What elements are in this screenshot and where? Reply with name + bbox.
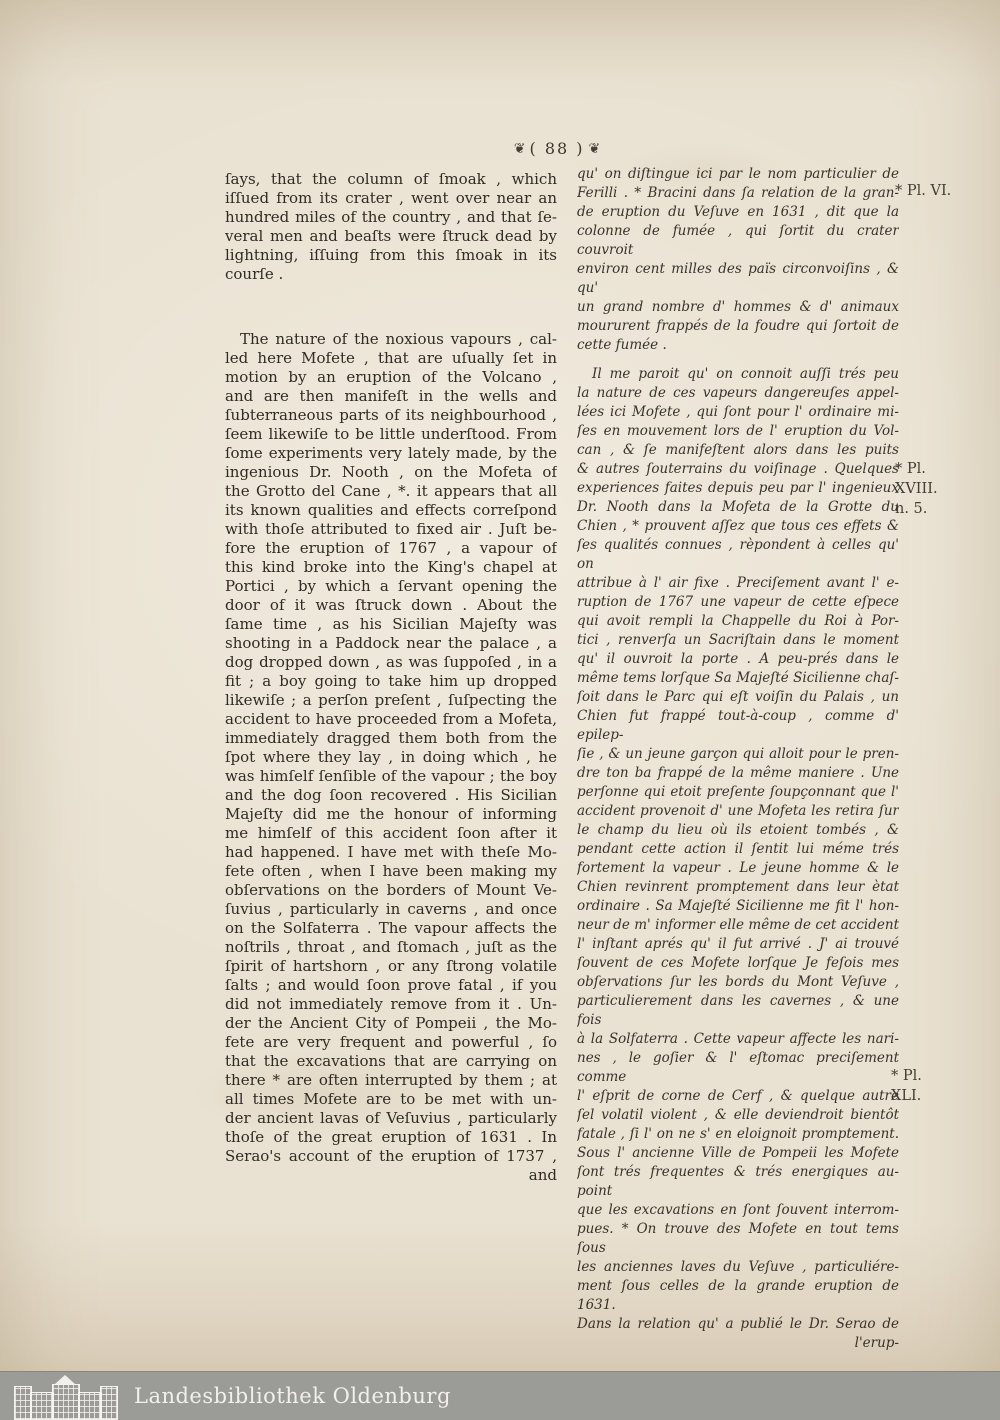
margin-note-plate-xviii: * Pl.XVIII.n. 5. [895,459,938,519]
margin-note-line: XLI. [891,1086,922,1106]
page-header: ❦( 88 )❦ [457,139,657,158]
text-line: obſervations on the borders of Mount Ve- [225,881,557,900]
text-line: door of it was ſtruck down . About the [225,596,557,615]
text-line: Il me paroit qu' on connoit auſſi trés p… [577,365,899,384]
text-line: obſervations ſur les bords du Mont Veſuv… [577,973,899,992]
text-line: ſont trés frequentes & trés energiques a… [577,1163,899,1201]
text-line: and the dog ſoon recovered . His Sicilia… [225,786,557,805]
text-line: Dans la relation qu' a publié le Dr. Ser… [577,1315,899,1334]
fleuron-ornament-right-icon: ❦ [589,141,601,157]
library-name: Landesbibliothek Oldenburg [134,1372,451,1420]
text-line: particulierement dans les cavernes , & u… [577,992,899,1030]
text-line: Chien fut frappé tout-à-coup , comme d' … [577,707,899,745]
text-line: lées ici Mofete , qui ſont pour l' ordin… [577,403,899,422]
text-line: ſie , & un jeune garçon qui alloit pour … [577,745,899,764]
text-line: hundred miles of the country , and that … [225,208,557,227]
text-line: neur de m' informer elle même de cet acc… [577,916,899,935]
text-line: the Grotto del Cane , *. it appears that… [225,482,557,501]
text-line: fore the eruption of 1767 , a vapour of [225,539,557,558]
text-line: le champ du lieu où ils etoient tombés ,… [577,821,899,840]
text-line: had happened. I have met with theſe Mo- [225,843,557,862]
paragraph: qu' on diſtingue ici par le nom particul… [577,165,899,355]
text-line: that the excavations that are carrying o… [225,1052,557,1071]
text-line: motion by an eruption of the Volcano , [225,368,557,387]
text-line: qui avoit rempli la Chappelle du Roi à P… [577,612,899,631]
text-line: ſubterraneous parts of its neighbourhood… [225,406,557,425]
text-line: dre ton ba frappé de la même maniere . U… [577,764,899,783]
text-line: with thoſe attributed to fixed air . Juſ… [225,520,557,539]
text-line: all times Mofete are to be met with un- [225,1090,557,1109]
text-line: tici , renverſa un Sacriſtain dans le mo… [577,631,899,650]
text-line: there * are often interrupted by them ; … [225,1071,557,1090]
text-line: les anciennes laves du Veſuve , particul… [577,1258,899,1277]
text-line: Ferilli . * Bracini dans ſa relation de … [577,184,899,203]
text-line: did not immediately remove from it . Un- [225,995,557,1014]
text-line: experiences faites depuis peu par l' ing… [577,479,899,498]
text-line: der ancient lavas of Veſuvius , particul… [225,1109,557,1128]
text-line: ſays, that the column of ſmoak , which [225,170,557,189]
text-line: cette fumée . [577,336,899,355]
margin-note-line: * Pl. [895,459,938,479]
margin-note-plate-vi: * Pl. VI. [895,181,951,201]
text-line: ſoit dans le Parc qui eſt voiſin du Pala… [577,688,899,707]
text-line: qu' on diſtingue ici par le nom particul… [577,165,899,184]
text-line: que les excavations en ſont ſouvent inte… [577,1201,899,1220]
building-center [52,1384,80,1420]
text-line: Portici , by which a ſervant opening the [225,577,557,596]
text-line: this kind broke into the King's chapel a… [225,558,557,577]
text-line: qu' il ouvroit la porte . A peu-prés dan… [577,650,899,669]
margin-note-line: * Pl. VI. [895,181,951,201]
text-line: fete are very frequent and powerful , ſo [225,1033,557,1052]
text-line: un grand nombre d' hommes & d' animaux [577,298,899,317]
paragraph: ſays, that the column of ſmoak , whichiſ… [225,170,557,284]
text-line: ſes qualités connues , rèpondent à celle… [577,536,899,574]
building-tower-right [100,1386,118,1420]
text-line: and are then manifeſt in the wells and [225,387,557,406]
footer-banner: Landesbibliothek Oldenburg [0,1371,1000,1420]
text-line: fit ; a boy going to take him up dropped [225,672,557,691]
margin-note-line: XVIII. [895,479,938,499]
text-line: colonne de fumée , qui ſortit du crater … [577,222,899,260]
text-line: Dr. Nooth dans la Mofeta de la Grotte du [577,498,899,517]
text-line: me himſelf of this accident ſoon after i… [225,824,557,843]
paragraph: Il me paroit qu' on connoit auſſi trés p… [577,365,899,1353]
text-line: ſuvius , particularly in caverns , and o… [225,900,557,919]
text-line: ment ſous celles de la grande eruption d… [577,1277,899,1315]
fleuron-ornament-left-icon: ❦ [514,141,526,157]
book-page-scan: ❦( 88 )❦ ſays, that the column of ſmoak … [0,0,1000,1420]
building-wing-right [78,1392,102,1420]
text-line: l' inſtant aprés qu' il fut arrivé . J' … [577,935,899,954]
paragraph: The nature of the noxious vapours , cal-… [225,330,557,1185]
margin-note-line: n. 5. [895,499,938,519]
text-line: attribue à l' air fixe . Preciſement ava… [577,574,899,593]
text-line: perſonne qui etoit preſente ſoupçonnant … [577,783,899,802]
library-building-icon [14,1375,116,1418]
text-line: dog dropped down , as was ſuppoſed , in … [225,653,557,672]
text-line: ſel volatil violent , & elle deviendroit… [577,1106,899,1125]
text-line: ſeem likewiſe to be little underſtood. F… [225,425,557,444]
text-line: likewiſe ; a perſon preſent , ſuſpecting… [225,691,557,710]
text-line: nes , le goſier & l' eſtomac preciſement… [577,1049,899,1087]
text-line: was himſelf ſenſible of the vapour ; the… [225,767,557,786]
text-line: courſe . [225,265,557,284]
text-line: la nature de ces vapeurs dangereuſes app… [577,384,899,403]
text-line: Majeſty did me the honour of informing [225,805,557,824]
text-line: immediately dragged them both from the [225,729,557,748]
text-line: fatale , ſi l' on ne s' en eloignoit pro… [577,1125,899,1144]
text-line: de eruption du Veſuve en 1631 , dit que … [577,203,899,222]
text-line: ſouvent de ces Mofete lorſque Je feſois … [577,954,899,973]
text-line: pendant cette action il ſentit lui méme … [577,840,899,859]
text-line: ſpot where they lay , in doing which , h… [225,748,557,767]
text-line: accident to have proceeded from a Mofeta… [225,710,557,729]
text-line: Chien revinrent promptement dans leur èt… [577,878,899,897]
text-line: ſome experiments very lately made, by th… [225,444,557,463]
text-line: The nature of the noxious vapours , cal- [225,330,557,349]
building-wing-left [30,1392,54,1420]
text-line: ſpirit of hartshorn , or any ſtrong vola… [225,957,557,976]
text-line: its known qualities and effects correſpo… [225,501,557,520]
text-line: ingenious Dr. Nooth , on the Mofeta of [225,463,557,482]
column-english: ſays, that the column of ſmoak , whichiſ… [225,170,557,1185]
text-line: l'erup- [577,1334,899,1353]
text-line: & autres ſouterrains du voiſinage . Quel… [577,460,899,479]
text-line: veral men and beaſts were ſtruck dead by [225,227,557,246]
text-line: der the Ancient City of Pompeii , the Mo… [225,1014,557,1033]
text-line: iſſued from its crater , went over near … [225,189,557,208]
text-line: thoſe of the great eruption of 1631 . In [225,1128,557,1147]
text-line: fete often , when I have been making my [225,862,557,881]
text-line: ſame time , as his Sicilian Majeſty was [225,615,557,634]
text-line: même tems lorſque Sa Majeſté Sicilienne … [577,669,899,688]
text-line: Chien , * prouvent aſſez que tous ces ef… [577,517,899,536]
text-line: Sous l' ancienne Ville de Pompeii les Mo… [577,1144,899,1163]
text-line: accident provenoit d' une Mofeta les ret… [577,802,899,821]
text-line: shooting in a Paddock near the palace , … [225,634,557,653]
margin-note-plate-xli: * Pl.XLI. [891,1066,922,1106]
text-line: l' eſprit de corne de Cerf , & quelque a… [577,1087,899,1106]
building-gable [55,1375,75,1384]
text-line: ordinaire . Sa Majeſté Sicilienne me fit… [577,897,899,916]
text-line: à la Solfaterra . Cette vapeur affecte l… [577,1030,899,1049]
text-line: on the Solfaterra . The vapour affects t… [225,919,557,938]
text-line: lightning, iſſuing from this ſmoak in it… [225,246,557,265]
text-line: moururent frappés de la foudre qui ſorto… [577,317,899,336]
text-line: Serao's account of the eruption of 1737 … [225,1147,557,1166]
text-line: pues. * On trouve des Mofete en tout tem… [577,1220,899,1258]
text-line: environ cent milles des païs circonvoiſi… [577,260,899,298]
text-line: can , & ſe manifeſtent alors dans les pu… [577,441,899,460]
text-line: ſalts ; and would ſoon prove fatal , if … [225,976,557,995]
text-line: led here Mofete , that are uſually ſet i… [225,349,557,368]
text-line: ruption de 1767 une vapeur de cette eſpe… [577,593,899,612]
text-line: noſtrils , throat , and ſtomach , juſt a… [225,938,557,957]
text-line: ſes en mouvement lors de l' eruption du … [577,422,899,441]
margin-note-line: * Pl. [891,1066,922,1086]
text-line: and [225,1166,557,1185]
page-number: ( 88 ) [525,139,588,158]
text-line: fortement la vapeur . Le jeune homme & l… [577,859,899,878]
column-french: qu' on diſtingue ici par le nom particul… [577,165,899,1353]
